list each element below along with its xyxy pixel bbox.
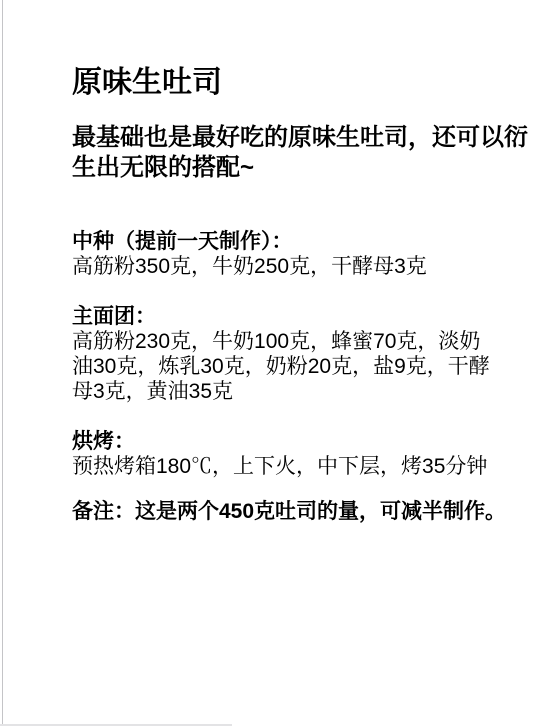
section-main-dough: 主面团： 高筋粉230克，牛奶100克，蜂蜜70克，淡奶 油30克，炼乳30克，…: [72, 304, 490, 404]
section-starter-dough: 中种（提前一天制作）： 高筋粉350克，牛奶250克，干酵母3克: [72, 229, 427, 279]
section-baking: 烘烤： 预热烤箱180℃，上下火，中下层，烤35分钟: [72, 429, 487, 479]
ingredient-line: 高筋粉350克，牛奶250克，干酵母3克: [72, 254, 427, 279]
section-heading: 主面团：: [72, 304, 490, 329]
ingredient-line: 母3克，黄油35克: [72, 379, 490, 404]
section-heading: 中种（提前一天制作）：: [72, 229, 427, 254]
ingredient-line: 高筋粉230克，牛奶100克，蜂蜜70克，淡奶: [72, 329, 490, 354]
page-subtitle: 最基础也是最好吃的原味生吐司，还可以衍 生出无限的搭配~: [72, 123, 528, 183]
subtitle-line: 最基础也是最好吃的原味生吐司，还可以衍: [72, 123, 528, 153]
recipe-page: 原味生吐司 最基础也是最好吃的原味生吐司，还可以衍 生出无限的搭配~ 中种（提前…: [0, 0, 549, 726]
note: 备注：这是两个450克吐司的量，可减半制作。: [72, 499, 506, 524]
page-left-edge: [2, 0, 3, 726]
page-title: 原味生吐司: [72, 66, 222, 100]
subtitle-line: 生出无限的搭配~: [72, 153, 528, 183]
section-heading: 烘烤：: [72, 429, 487, 454]
ingredient-line: 油30克，炼乳30克，奶粉20克，盐9克，干酵: [72, 354, 490, 379]
baking-instruction-line: 预热烤箱180℃，上下火，中下层，烤35分钟: [72, 454, 487, 479]
